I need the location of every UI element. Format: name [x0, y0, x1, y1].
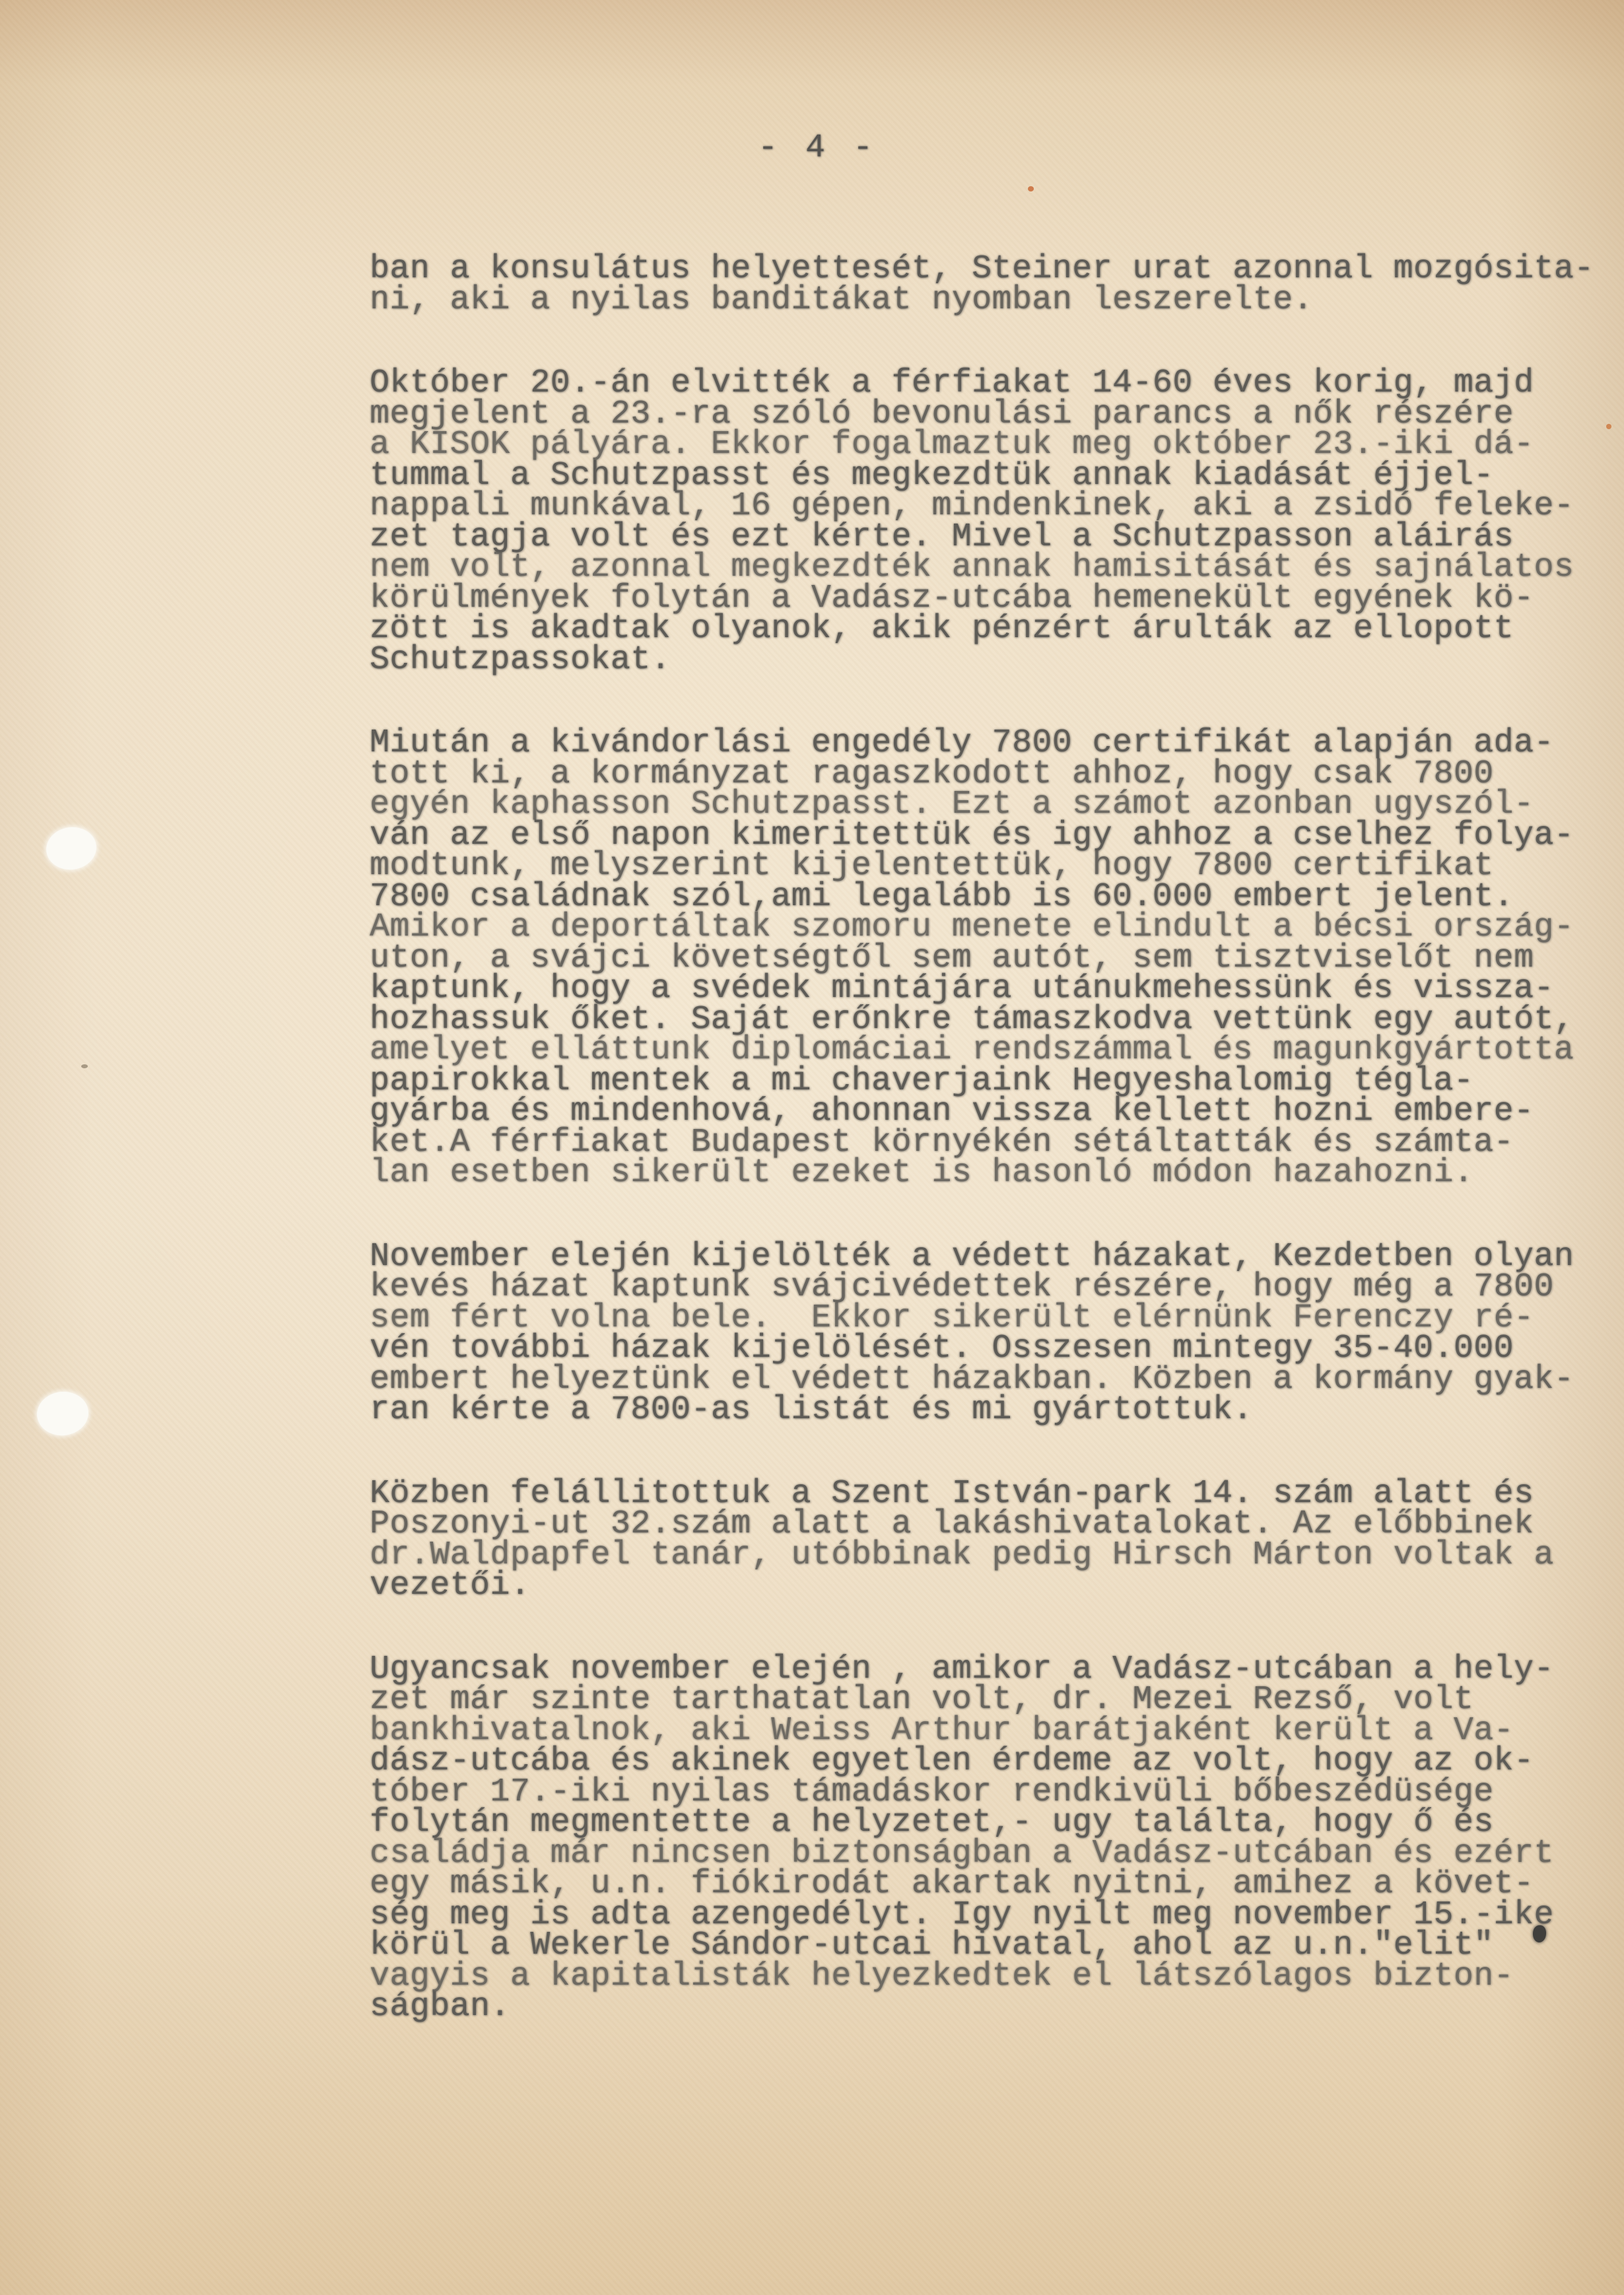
text-line: amelyet elláttunk diplomáciai rendszámma…	[370, 1035, 1611, 1066]
paragraph: Október 20.-án elvitték a férfiakat 14-6…	[370, 368, 1611, 675]
text-line: embert helyeztünk el védett házakban. Kö…	[370, 1365, 1611, 1396]
text-line: dász-utcába és akinek egyetlen érdeme az…	[370, 1746, 1611, 1777]
text-line: folytán megmentette a helyzetet,- ugy ta…	[370, 1808, 1611, 1839]
text-line: egyén kaphasson Schutzpasst. Ezt a számo…	[370, 790, 1611, 821]
text-line: lan esetben sikerült ezeket is hasonló m…	[370, 1158, 1611, 1189]
text-line: Amikor a deportáltak szomoru menete elin…	[370, 912, 1611, 943]
text-line: ni, aki a nyilas banditákat nyomban lesz…	[370, 285, 1611, 316]
paragraph: Miután a kivándorlási engedély 7800 cert…	[370, 728, 1611, 1189]
paper-speck	[1606, 424, 1611, 429]
text-line: nappali munkával, 16 gépen, mindenkinek,…	[370, 491, 1611, 522]
text-line: ságban.	[370, 1992, 1611, 2023]
text-line: Schutzpassokat.	[370, 645, 1611, 676]
paragraph: Közben felállitottuk a Szent István-park…	[370, 1479, 1611, 1602]
text-line: vezetői.	[370, 1571, 1611, 1602]
text-line: dr.Waldpapfel tanár, utóbbinak pedig Hir…	[370, 1540, 1611, 1571]
document-text: ban a konsulátus helyettesét, Steiner ur…	[370, 254, 1611, 2076]
page-number: - 4 -	[758, 129, 877, 167]
text-line: gyárba és mindenhová, ahonnan vissza kel…	[370, 1097, 1611, 1128]
text-line: modtunk, melyszerint kijelentettük, hogy…	[370, 851, 1611, 882]
punch-hole	[44, 824, 99, 873]
text-line: egy másik, u.n. fiókirodát akartak nyitn…	[370, 1869, 1611, 1900]
paper-speck	[81, 1064, 88, 1068]
paragraph: ban a konsulátus helyettesét, Steiner ur…	[370, 254, 1611, 316]
paragraph: November elején kijelölték a védett háza…	[370, 1242, 1611, 1426]
paragraph: Ugyancsak november elején , amikor a Vad…	[370, 1655, 1611, 2023]
text-line: uton, a svájci követségtől sem autót, se…	[370, 943, 1611, 975]
text-line: tóber 17.-iki nyilas támadáskor rendkivü…	[370, 1777, 1611, 1808]
text-line: ban a konsulátus helyettesét, Steiner ur…	[370, 254, 1611, 285]
text-line: körül a Wekerle Sándor-utcai hivatal, ah…	[370, 1931, 1611, 1962]
text-line: bankhivatalnok, aki Weiss Arthur barátja…	[370, 1716, 1611, 1747]
text-line: zött is akadtak olyanok, akik pénzért ár…	[370, 614, 1611, 645]
paper-speck	[1028, 186, 1034, 191]
scanned-document-page: - 4 - ban a konsulátus helyettesét, Stei…	[0, 0, 1624, 2295]
text-line: a KISOK pályára. Ekkor fogalmaztuk meg o…	[370, 430, 1611, 461]
text-line: kevés házat kaptunk svájcivédettek részé…	[370, 1272, 1611, 1303]
text-line: vagyis a kapitalisták helyezkedtek el lá…	[370, 1962, 1611, 1993]
text-line: ran kérte a 7800-as listát és mi gyártot…	[370, 1395, 1611, 1426]
text-line: körülmények folytán a Vadász-utcába heme…	[370, 584, 1611, 615]
text-line: Október 20.-án elvitték a férfiakat 14-6…	[370, 368, 1611, 399]
text-line: vén további házak kijelölését. Osszesen …	[370, 1334, 1611, 1365]
punch-hole	[35, 1389, 90, 1438]
text-line: kaptunk, hogy a svédek mintájára utánukm…	[370, 974, 1611, 1005]
text-line: Poszonyi-ut 32.szám alatt a lakáshivatal…	[370, 1509, 1611, 1540]
text-line: Miután a kivándorlási engedély 7800 cert…	[370, 728, 1611, 759]
text-line: zet már szinte tarthatatlan volt, dr. Me…	[370, 1685, 1611, 1716]
text-line: nem volt, azonnal megkezdték annak hamis…	[370, 553, 1611, 584]
text-line: sem fért volna bele. Ekkor sikerült elér…	[370, 1303, 1611, 1334]
